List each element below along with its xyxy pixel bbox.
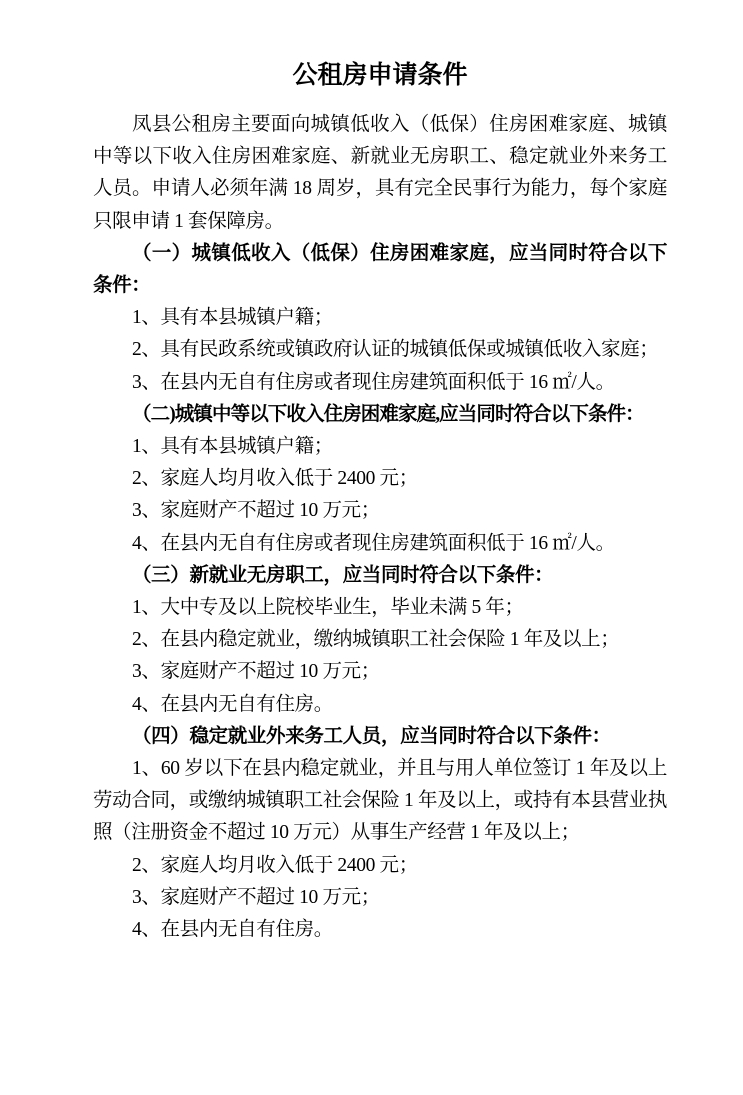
document-title: 公租房申请条件 — [93, 56, 667, 96]
section-3-item-4: 4、在县内无自有住房。 — [93, 689, 667, 721]
section-3-item-1: 1、大中专及以上院校毕业生，毕业未满 5 年； — [93, 592, 667, 624]
section-2-item-3: 3、家庭财产不超过 10 万元； — [93, 495, 667, 527]
section-1-item-1: 1、具有本县城镇户籍； — [93, 302, 667, 334]
section-1-item-2: 2、具有民政系统或镇政府认证的城镇低保或城镇低收入家庭； — [93, 334, 667, 366]
section-4-item-2: 2、家庭人均月收入低于 2400 元； — [93, 850, 667, 882]
section-1: （一）城镇低收入（低保）住房困难家庭，应当同时符合以下条件： 1、具有本县城镇户… — [93, 238, 667, 399]
section-3-item-2: 2、在县内稳定就业，缴纳城镇职工社会保险 1 年及以上； — [93, 624, 667, 656]
section-1-heading: （一）城镇低收入（低保）住房困难家庭，应当同时符合以下条件： — [93, 238, 667, 302]
section-2-item-2: 2、家庭人均月收入低于 2400 元； — [93, 463, 667, 495]
section-1-item-3: 3、在县内无自有住房或者现住房建筑面积低于 16 ㎡/人。 — [93, 367, 667, 399]
section-4: （四）稳定就业外来务工人员，应当同时符合以下条件： 1、60 岁以下在县内稳定就… — [93, 721, 667, 946]
section-3: （三）新就业无房职工，应当同时符合以下条件： 1、大中专及以上院校毕业生，毕业未… — [93, 560, 667, 721]
section-2: （二)城镇中等以下收入住房困难家庭,应当同时符合以下条件： 1、具有本县城镇户籍… — [93, 399, 667, 560]
section-4-item-4: 4、在县内无自有住房。 — [93, 914, 667, 946]
section-2-item-1: 1、具有本县城镇户籍； — [93, 431, 667, 463]
document-page: 公租房申请条件 凤县公租房主要面向城镇低收入（低保）住房困难家庭、城镇中等以下收… — [0, 0, 743, 1095]
section-2-item-4: 4、在县内无自有住房或者现住房建筑面积低于 16 ㎡/人。 — [93, 528, 667, 560]
section-3-item-3: 3、家庭财产不超过 10 万元； — [93, 656, 667, 688]
section-4-item-3: 3、家庭财产不超过 10 万元； — [93, 882, 667, 914]
intro-paragraph: 凤县公租房主要面向城镇低收入（低保）住房困难家庭、城镇中等以下收入住房困难家庭、… — [93, 109, 667, 238]
section-4-heading: （四）稳定就业外来务工人员，应当同时符合以下条件： — [93, 721, 667, 753]
section-4-item-1: 1、60 岁以下在县内稳定就业，并且与用人单位签订 1 年及以上劳动合同，或缴纳… — [93, 753, 667, 850]
section-2-heading: （二)城镇中等以下收入住房困难家庭,应当同时符合以下条件： — [93, 399, 667, 431]
section-3-heading: （三）新就业无房职工，应当同时符合以下条件： — [93, 560, 667, 592]
